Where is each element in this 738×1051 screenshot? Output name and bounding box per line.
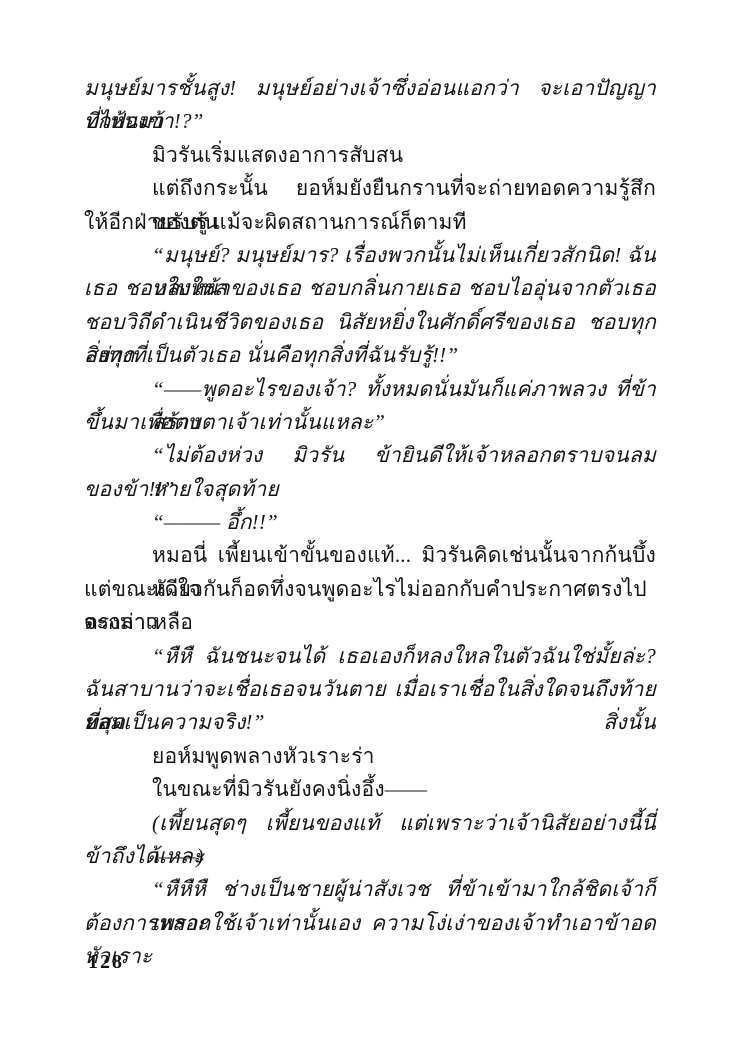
text-line: หมอนี่ เพี้ยนเข้าขั้นของแท้... มิวรันคิด…: [84, 539, 656, 572]
text-block: มนุษย์มารชั้นสูง! มนุษย์อย่างเจ้าซึ่งอ่อ…: [84, 72, 656, 940]
text-line: “——พูดอะไรของเจ้า? ทั้งหมดนั่นมันก็แค่ภา…: [84, 373, 656, 406]
text-line: “หืหืหื ช่างเป็นชายผู้น่าสังเวช ที่ข้าเข…: [84, 873, 656, 906]
text-line: เธอ ชอบใบหน้าของเธอ ชอบกลิ่นกายเธอ ชอบไอ…: [84, 272, 656, 305]
book-page: มนุษย์มารชั้นสูง! มนุษย์อย่างเจ้าซึ่งอ่อ…: [0, 0, 738, 1051]
text-line: ปกป้องข้า!?”: [84, 105, 656, 138]
text-line: ต้องการหลอกใช้เจ้าเท่านั้นเอง ความโง่เง่…: [84, 907, 656, 940]
text-line: “ไม่ต้องห่วง มิวรัน ข้ายินดีให้เจ้าหลอกต…: [84, 439, 656, 472]
text-line: ขึ้นมาเพื่อตบตาเจ้าเท่านั้นแหละ”: [84, 406, 656, 439]
text-line: “——— อึ้ก!!”: [84, 506, 656, 539]
text-line: ฉันสาบานว่าจะเชื่อเธอจนวันตาย เมื่อเราเช…: [84, 673, 656, 706]
text-line: (เพี้ยนสุดๆ เพี้ยนของแท้ แต่เพราะว่าเจ้า…: [84, 807, 656, 840]
text-line: แต่ขณะเดียวกันก็อดทึ่งจนพูดอะไรไม่ออกกับ…: [84, 573, 656, 606]
text-line: มนุษย์มารชั้นสูง! มนุษย์อย่างเจ้าซึ่งอ่อ…: [84, 72, 656, 105]
text-line: ของข้า!!”: [84, 473, 656, 506]
text-line: ชอบวิถีดำเนินชีวิตของเธอ นิสัยหยิ่งในศัก…: [84, 306, 656, 339]
text-line: อย่างที่เป็นตัวเธอ นั่นคือทุกสิ่งที่ฉันร…: [84, 339, 656, 372]
page-number: 128: [88, 951, 124, 974]
text-line: มิวรันเริ่มแสดงอาการสับสน: [84, 139, 656, 172]
text-line: ให้อีกฝ่ายรับรู้ แม้จะผิดสถานการณ์ก็ตามท…: [84, 206, 656, 239]
text-line: “มนุษย์? มนุษย์มาร? เรื่องพวกนั้นไม่เห็น…: [84, 239, 656, 272]
text-line: แต่ถึงกระนั้น ยอห์มยังยืนกรานที่จะถ่ายทอ…: [84, 172, 656, 205]
text-line: “หืหื ฉันชนะจนได้ เธอเองก็หลงใหลในตัวฉัน…: [84, 640, 656, 673]
text-line: ในขณะที่มิวรันยังคงนิ่งอึ้ง——: [84, 773, 656, 806]
text-line: ข้าถึงได้——): [84, 840, 656, 873]
text-line: ยอห์มพูดพลางหัวเราะร่า: [84, 740, 656, 773]
